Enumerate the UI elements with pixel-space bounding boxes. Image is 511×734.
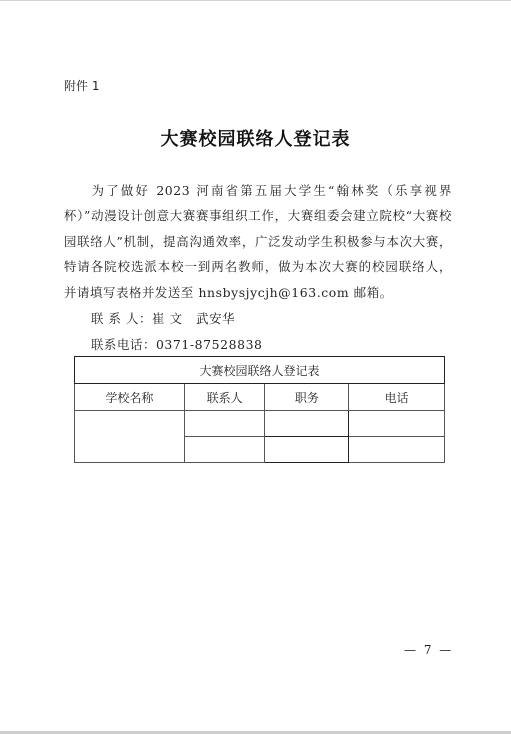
header-contact-person: 联系人 — [184, 384, 265, 411]
registration-table: 大赛校园联络人登记表 学校名称 联系人 职务 电话 — [74, 356, 445, 463]
cell-contact-person-2 — [184, 437, 265, 463]
document-title: 大赛校园联络人登记表 — [0, 125, 511, 151]
page-number: — 7 — — [404, 643, 453, 657]
header-phone: 电话 — [349, 384, 445, 411]
cell-phone-2 — [349, 437, 445, 463]
contact-phone-label: 联系电话： — [91, 337, 156, 352]
table-header-row: 学校名称 联系人 职务 电话 — [75, 384, 445, 411]
contact-phone-value: 0371-87528838 — [156, 337, 263, 352]
cell-position-1 — [265, 411, 349, 437]
contact-phone-line: 联系电话：0371-87528838 — [91, 335, 263, 353]
table-title: 大赛校园联络人登记表 — [75, 357, 445, 384]
table-title-row: 大赛校园联络人登记表 — [75, 357, 445, 384]
body-paragraph: 为了做好 2023 河南省第五届大学生“翰林奖（乐享视界杯）”动漫设计创意大赛赛… — [64, 178, 452, 305]
page-top-edge — [0, 0, 511, 1]
header-school-name: 学校名称 — [75, 384, 185, 411]
paragraph-text: 为了做好 2023 河南省第五届大学生“翰林奖（乐享视界杯）”动漫设计创意大赛赛… — [64, 183, 452, 300]
cell-position-2 — [265, 437, 349, 463]
attachment-label: 附件 1 — [64, 77, 99, 94]
contact-person-line: 联 系 人：崔 文 武安华 — [91, 309, 235, 327]
contact-person-label: 联 系 人： — [91, 311, 152, 326]
cell-school-name — [75, 411, 185, 463]
contact-person-value: 崔 文 武安华 — [152, 311, 235, 326]
cell-contact-person-1 — [184, 411, 265, 437]
table-row — [75, 411, 445, 437]
cell-phone-1 — [349, 411, 445, 437]
header-position: 职务 — [265, 384, 349, 411]
